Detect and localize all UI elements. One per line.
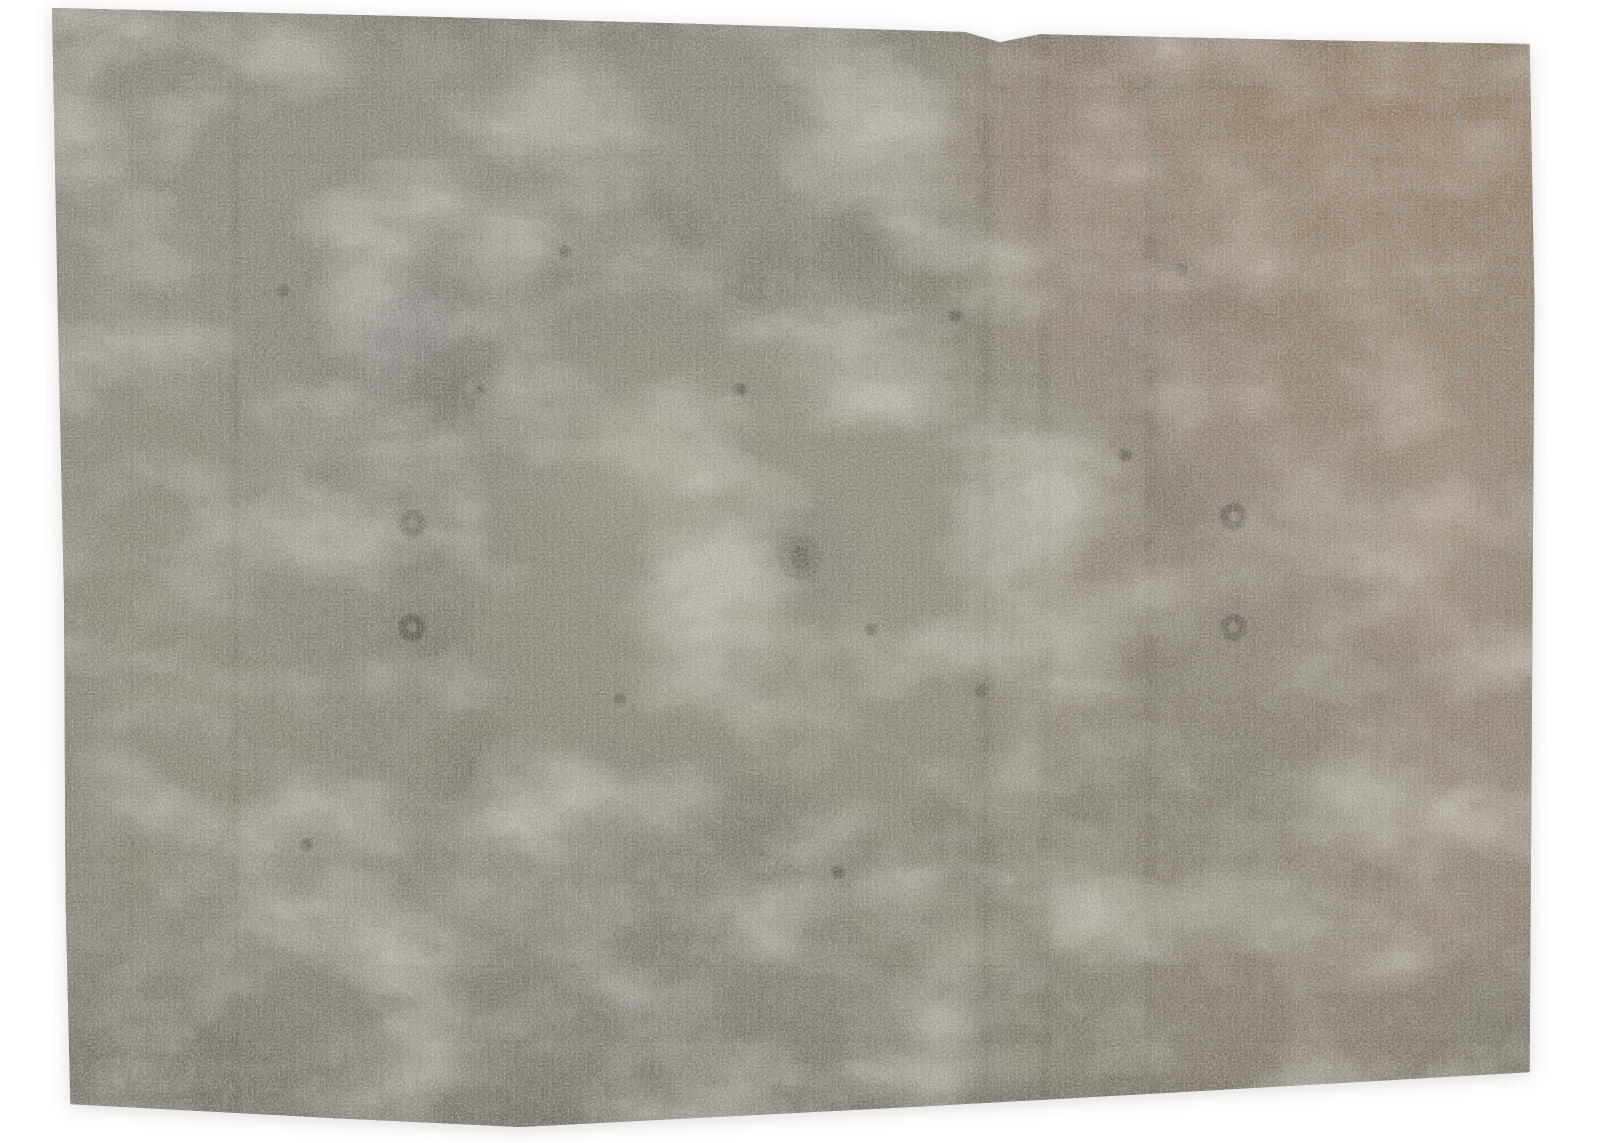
rug-photo-caption: A large vintage Persian-style rug with a… (0, 0, 1, 1)
photo-canvas: A large vintage Persian-style rug with a… (0, 0, 1600, 1143)
rug-photo: A large vintage Persian-style rug with a… (0, 0, 1600, 1143)
rug (0, 0, 1600, 1143)
rug-edge-shade-layer (0, 0, 1600, 1143)
